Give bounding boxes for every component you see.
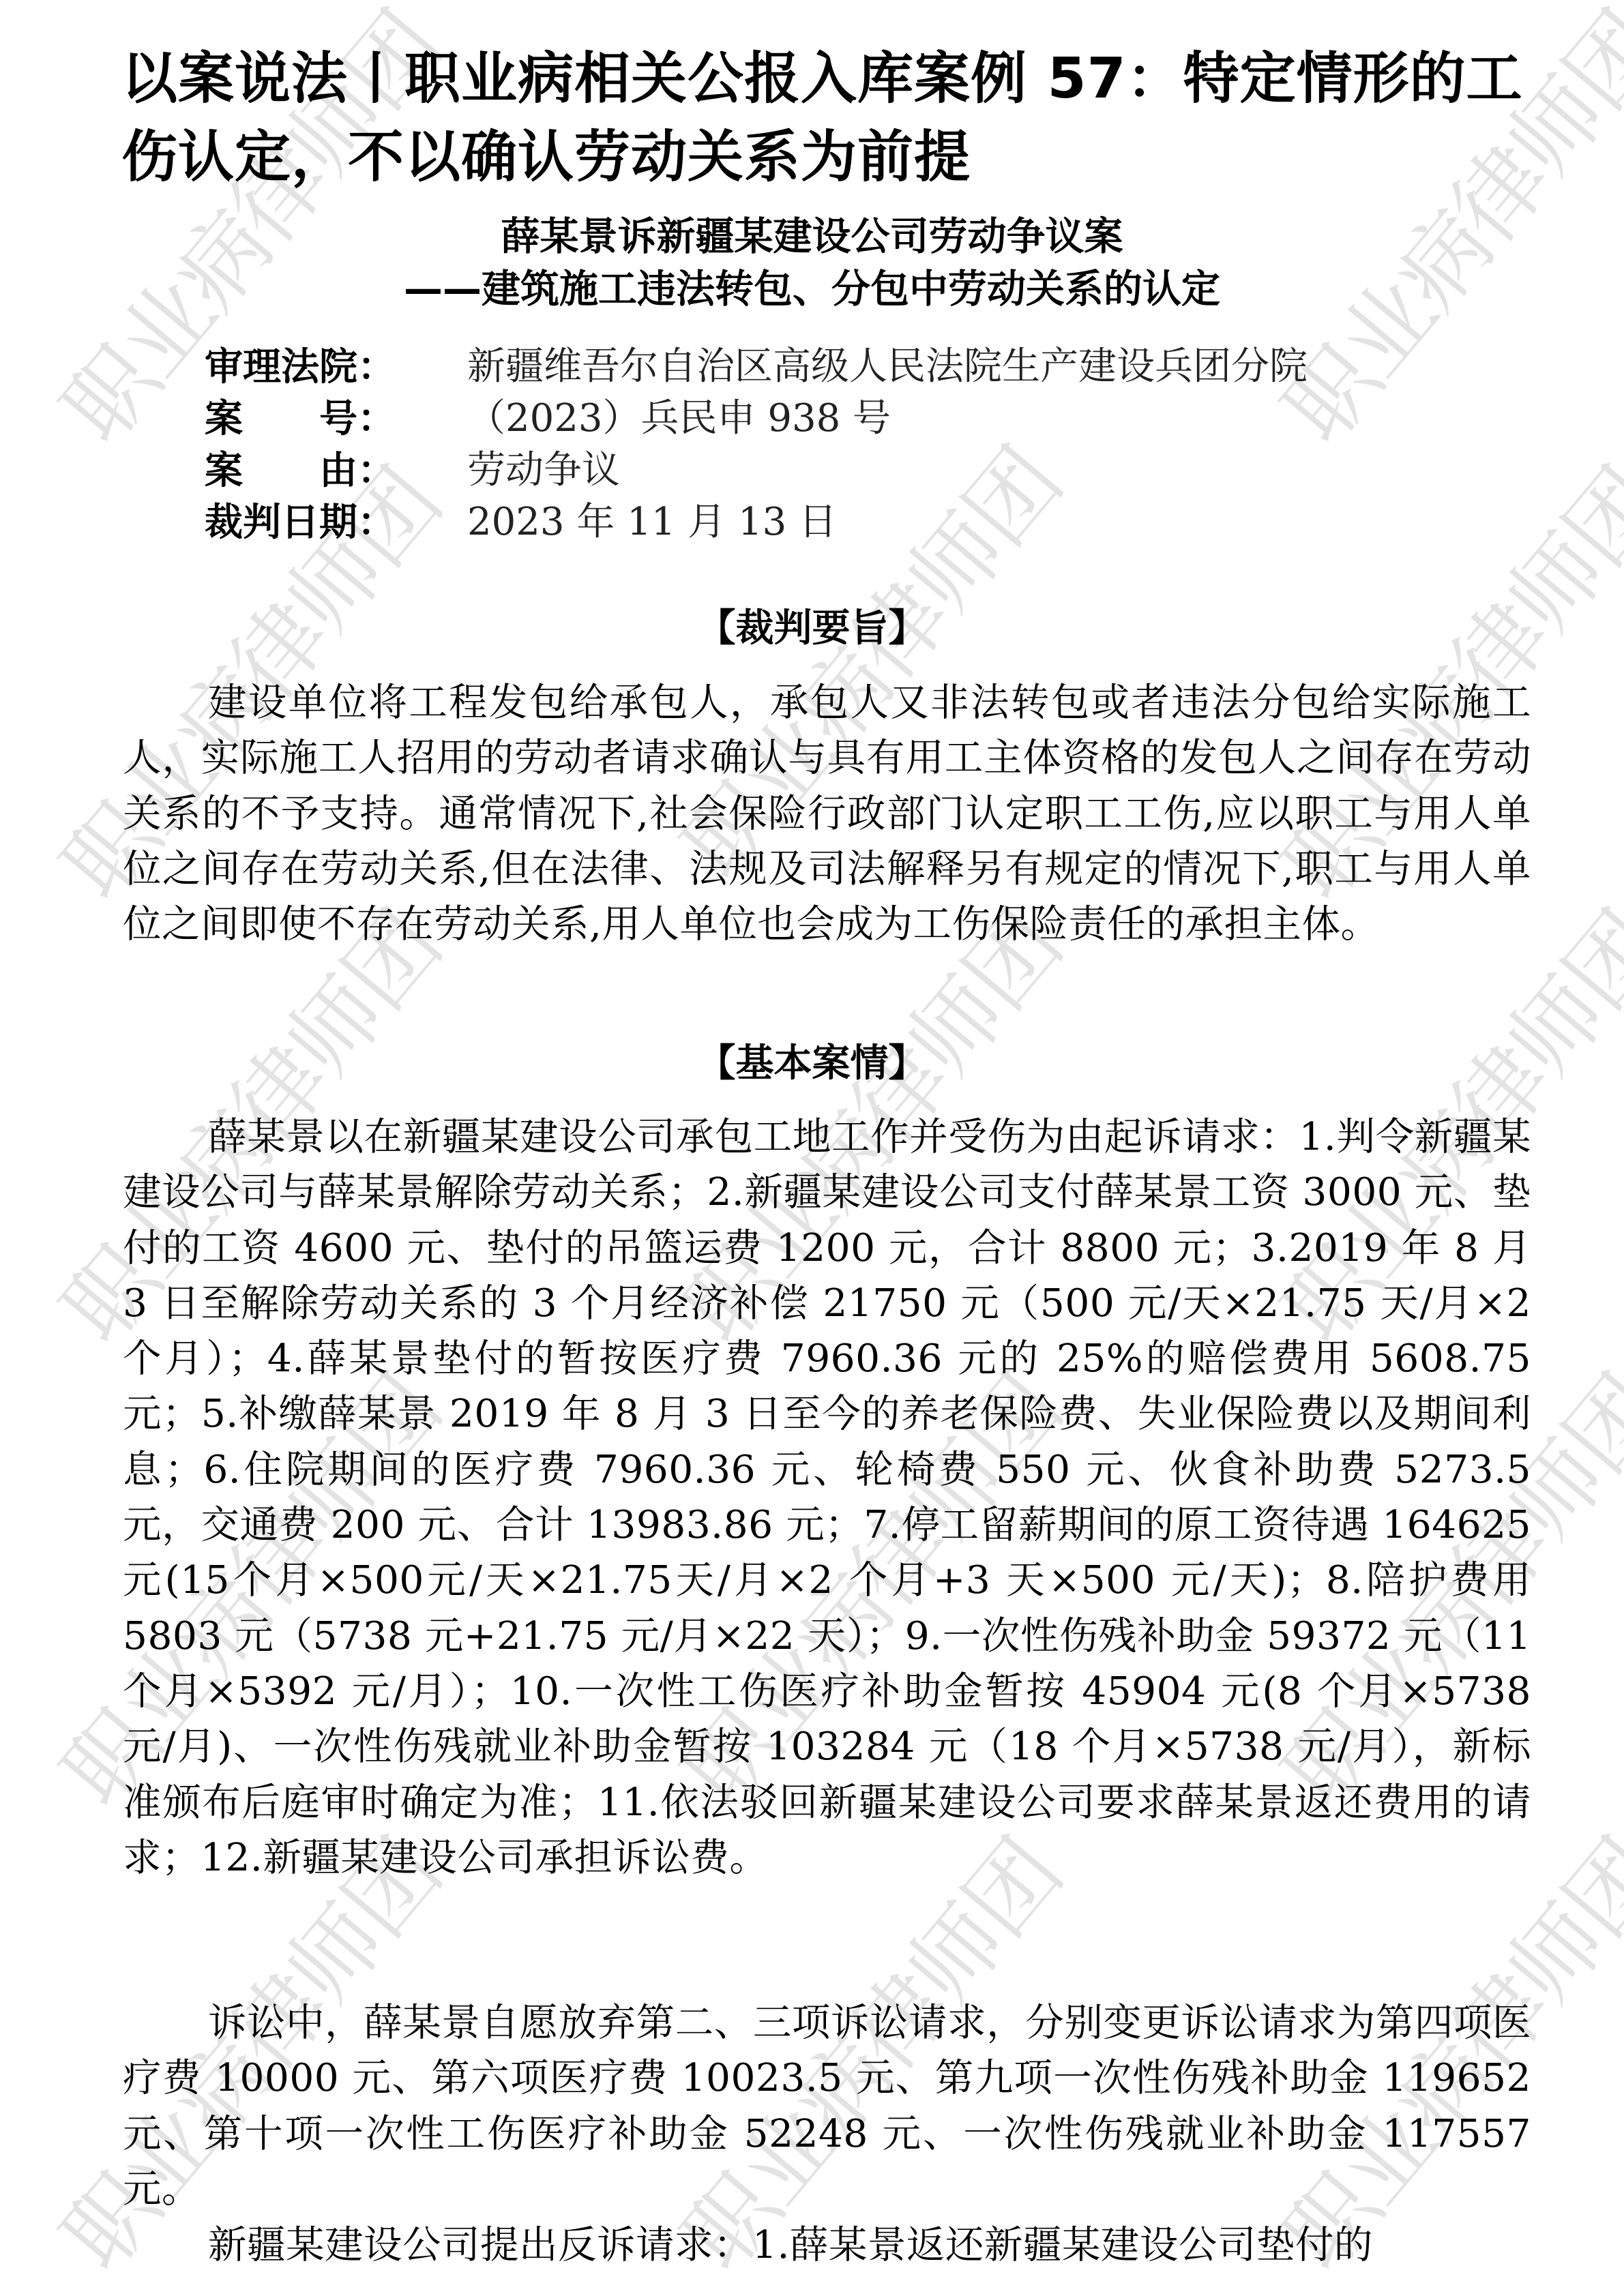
section-heading-judgment-gist: 【裁判要旨】 xyxy=(0,603,1624,655)
paragraph-claims: 薛某景以在新疆某建设公司承包工地工作并受伤为由起诉请求：1.判令新疆某建设公司与… xyxy=(123,1109,1531,1885)
metadata-label: 审理法院： xyxy=(205,341,467,393)
document-title: 以案说法丨职业病相关公报入库案例 57：特定情形的工伤认定，不以确认劳动关系为前… xyxy=(121,40,1540,196)
metadata-row-case-number: 案 号： （2023）兵民申 938 号 xyxy=(205,393,1308,445)
metadata-row-cause: 案 由： 劳动争议 xyxy=(205,445,1308,496)
metadata-value: 2023 年 11 月 13 日 xyxy=(467,496,837,548)
metadata-label: 裁判日期： xyxy=(205,496,467,548)
case-title: 薛某景诉新疆某建设公司劳动争议案 xyxy=(0,210,1624,263)
metadata-row-court: 审理法院： 新疆维吾尔自治区高级人民法院生产建设兵团分院 xyxy=(205,341,1308,393)
metadata-value: 新疆维吾尔自治区高级人民法院生产建设兵团分院 xyxy=(467,341,1308,393)
section-heading-basic-facts: 【基本案情】 xyxy=(0,1038,1624,1090)
paragraph-judgment-gist: 建设单位将工程发包给承包人，承包人又非法转包或者违法分包给实际施工人，实际施工人… xyxy=(123,675,1531,952)
paragraph-counterclaim: 新疆某建设公司提出反诉请求：1.薛某景返还新疆某建设公司垫付的 xyxy=(123,2218,1531,2273)
metadata-label: 案 号： xyxy=(205,393,467,445)
metadata-value: （2023）兵民申 938 号 xyxy=(467,393,891,445)
paragraph-amended-claims: 诉讼中，薛某景自愿放弃第二、三项诉讼请求，分别变更诉讼请求为第四项医疗费 100… xyxy=(123,1995,1531,2217)
metadata-value: 劳动争议 xyxy=(467,445,620,496)
metadata-label: 案 由： xyxy=(205,445,467,496)
case-metadata: 审理法院： 新疆维吾尔自治区高级人民法院生产建设兵团分院 案 号： （2023）… xyxy=(205,341,1308,548)
case-subtitle: ——建筑施工违法转包、分包中劳动关系的认定 xyxy=(0,263,1624,316)
metadata-row-judgment-date: 裁判日期： 2023 年 11 月 13 日 xyxy=(205,496,1308,548)
